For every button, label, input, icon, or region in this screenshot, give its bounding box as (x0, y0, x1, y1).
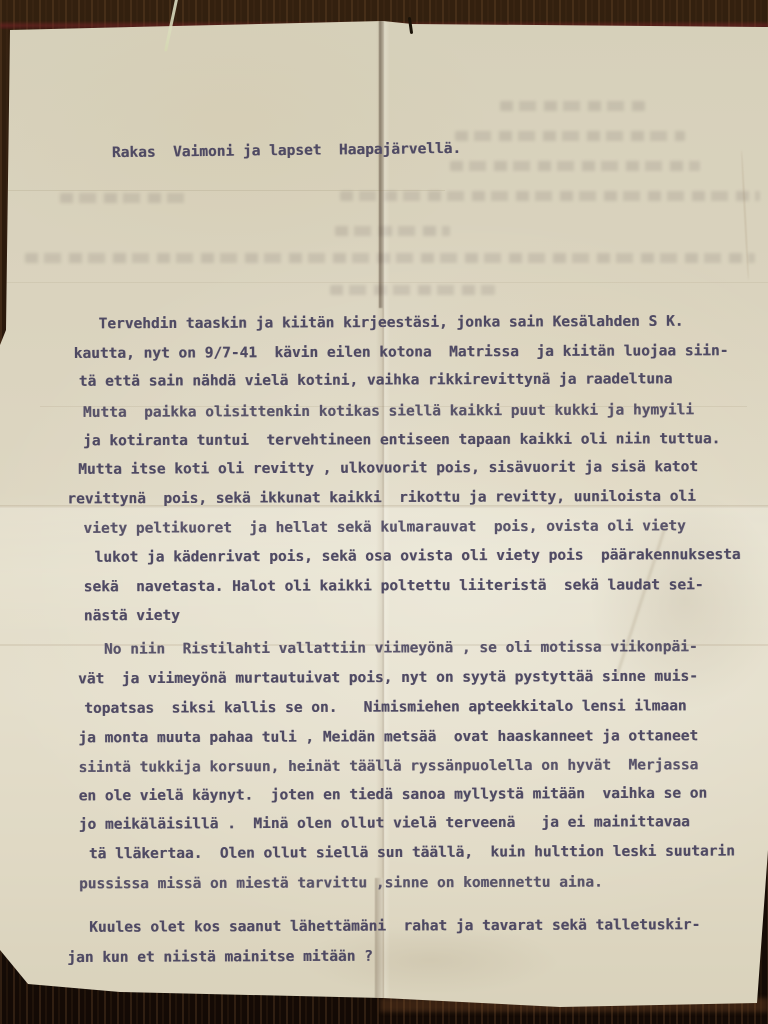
letter-line: lukot ja kädenrivat pois, sekä osa ovist… (8, 540, 768, 573)
letter-line: topatsas siksi kallis se on. Nimismiehen… (8, 692, 768, 725)
letter-line: pussissa missä on miestä tarvittu ,sinne… (9, 868, 768, 900)
letter-line: Mutta paikka olisittenkin kotikas siellä… (7, 396, 767, 429)
paper-crease-hairline (0, 190, 445, 191)
letter-line: siintä tukkija korsuun, heinät täällä ry… (8, 751, 768, 784)
letter-line: ja monta muuta pahaa tuli , Meidän metsä… (8, 722, 768, 754)
letter-line: tä lläkertaa. Olen ollut siellä sun tääl… (9, 838, 768, 871)
ghost-bleed-through-line (500, 101, 645, 111)
letter-line: nästä viety (8, 599, 768, 632)
letter-line: en ole vielä käynyt. joten en tiedä sano… (9, 779, 768, 812)
letter-body: Tervehdin taaskin ja kiitän kirjeestäsi,… (7, 307, 768, 972)
letter-line: sekä navetasta. Halot oli kaikki poltett… (8, 571, 768, 603)
letter-line: jan kun et niistä mainitse mitään ? (9, 941, 768, 974)
letter-line: Tervehdin taaskin ja kiitän kirjeestäsi,… (7, 307, 767, 340)
letter-line: revittynä pois, sekä ikkunat kaikki riko… (7, 482, 767, 515)
ghost-bleed-through-line (455, 131, 685, 141)
ghost-bleed-through-line (25, 253, 755, 263)
letter-salutation: Rakas Vaimoni ja lapset Haapajärvellä. (112, 141, 461, 161)
letter-line: vät ja viimeyönä murtautuivat pois, nyt … (8, 663, 768, 696)
letter-line: ja kotiranta tuntui tervehtineen entisee… (7, 425, 767, 457)
letter-line: Mutta itse koti oli revitty , ulkovuorit… (7, 453, 767, 486)
letter-line: jo meikäläisillä . Minä olen ollut vielä… (9, 808, 768, 841)
ghost-bleed-through-line (330, 285, 495, 295)
ghost-bleed-through-line (450, 161, 700, 171)
vertical-fold-crease-top (379, 16, 384, 308)
ghost-bleed-through-line (340, 191, 760, 201)
letter-paper: Rakas Vaimoni ja lapset Haapajärvellä. T… (0, 0, 768, 1024)
paper-crease-hairline (0, 282, 768, 283)
photo-of-typewritten-letter: Rakas Vaimoni ja lapset Haapajärvellä. T… (0, 0, 768, 1024)
letter-line: tä että sain nähdä vielä kotini, vaihka … (7, 365, 767, 398)
letter-line: No niin Ristilahti vallattiin viimeyönä … (8, 633, 768, 666)
ghost-bleed-through-line (335, 226, 450, 236)
letter-line: Kuules olet kos saanut lähettämäni rahat… (9, 911, 768, 944)
ghost-bleed-through-line (60, 193, 192, 203)
